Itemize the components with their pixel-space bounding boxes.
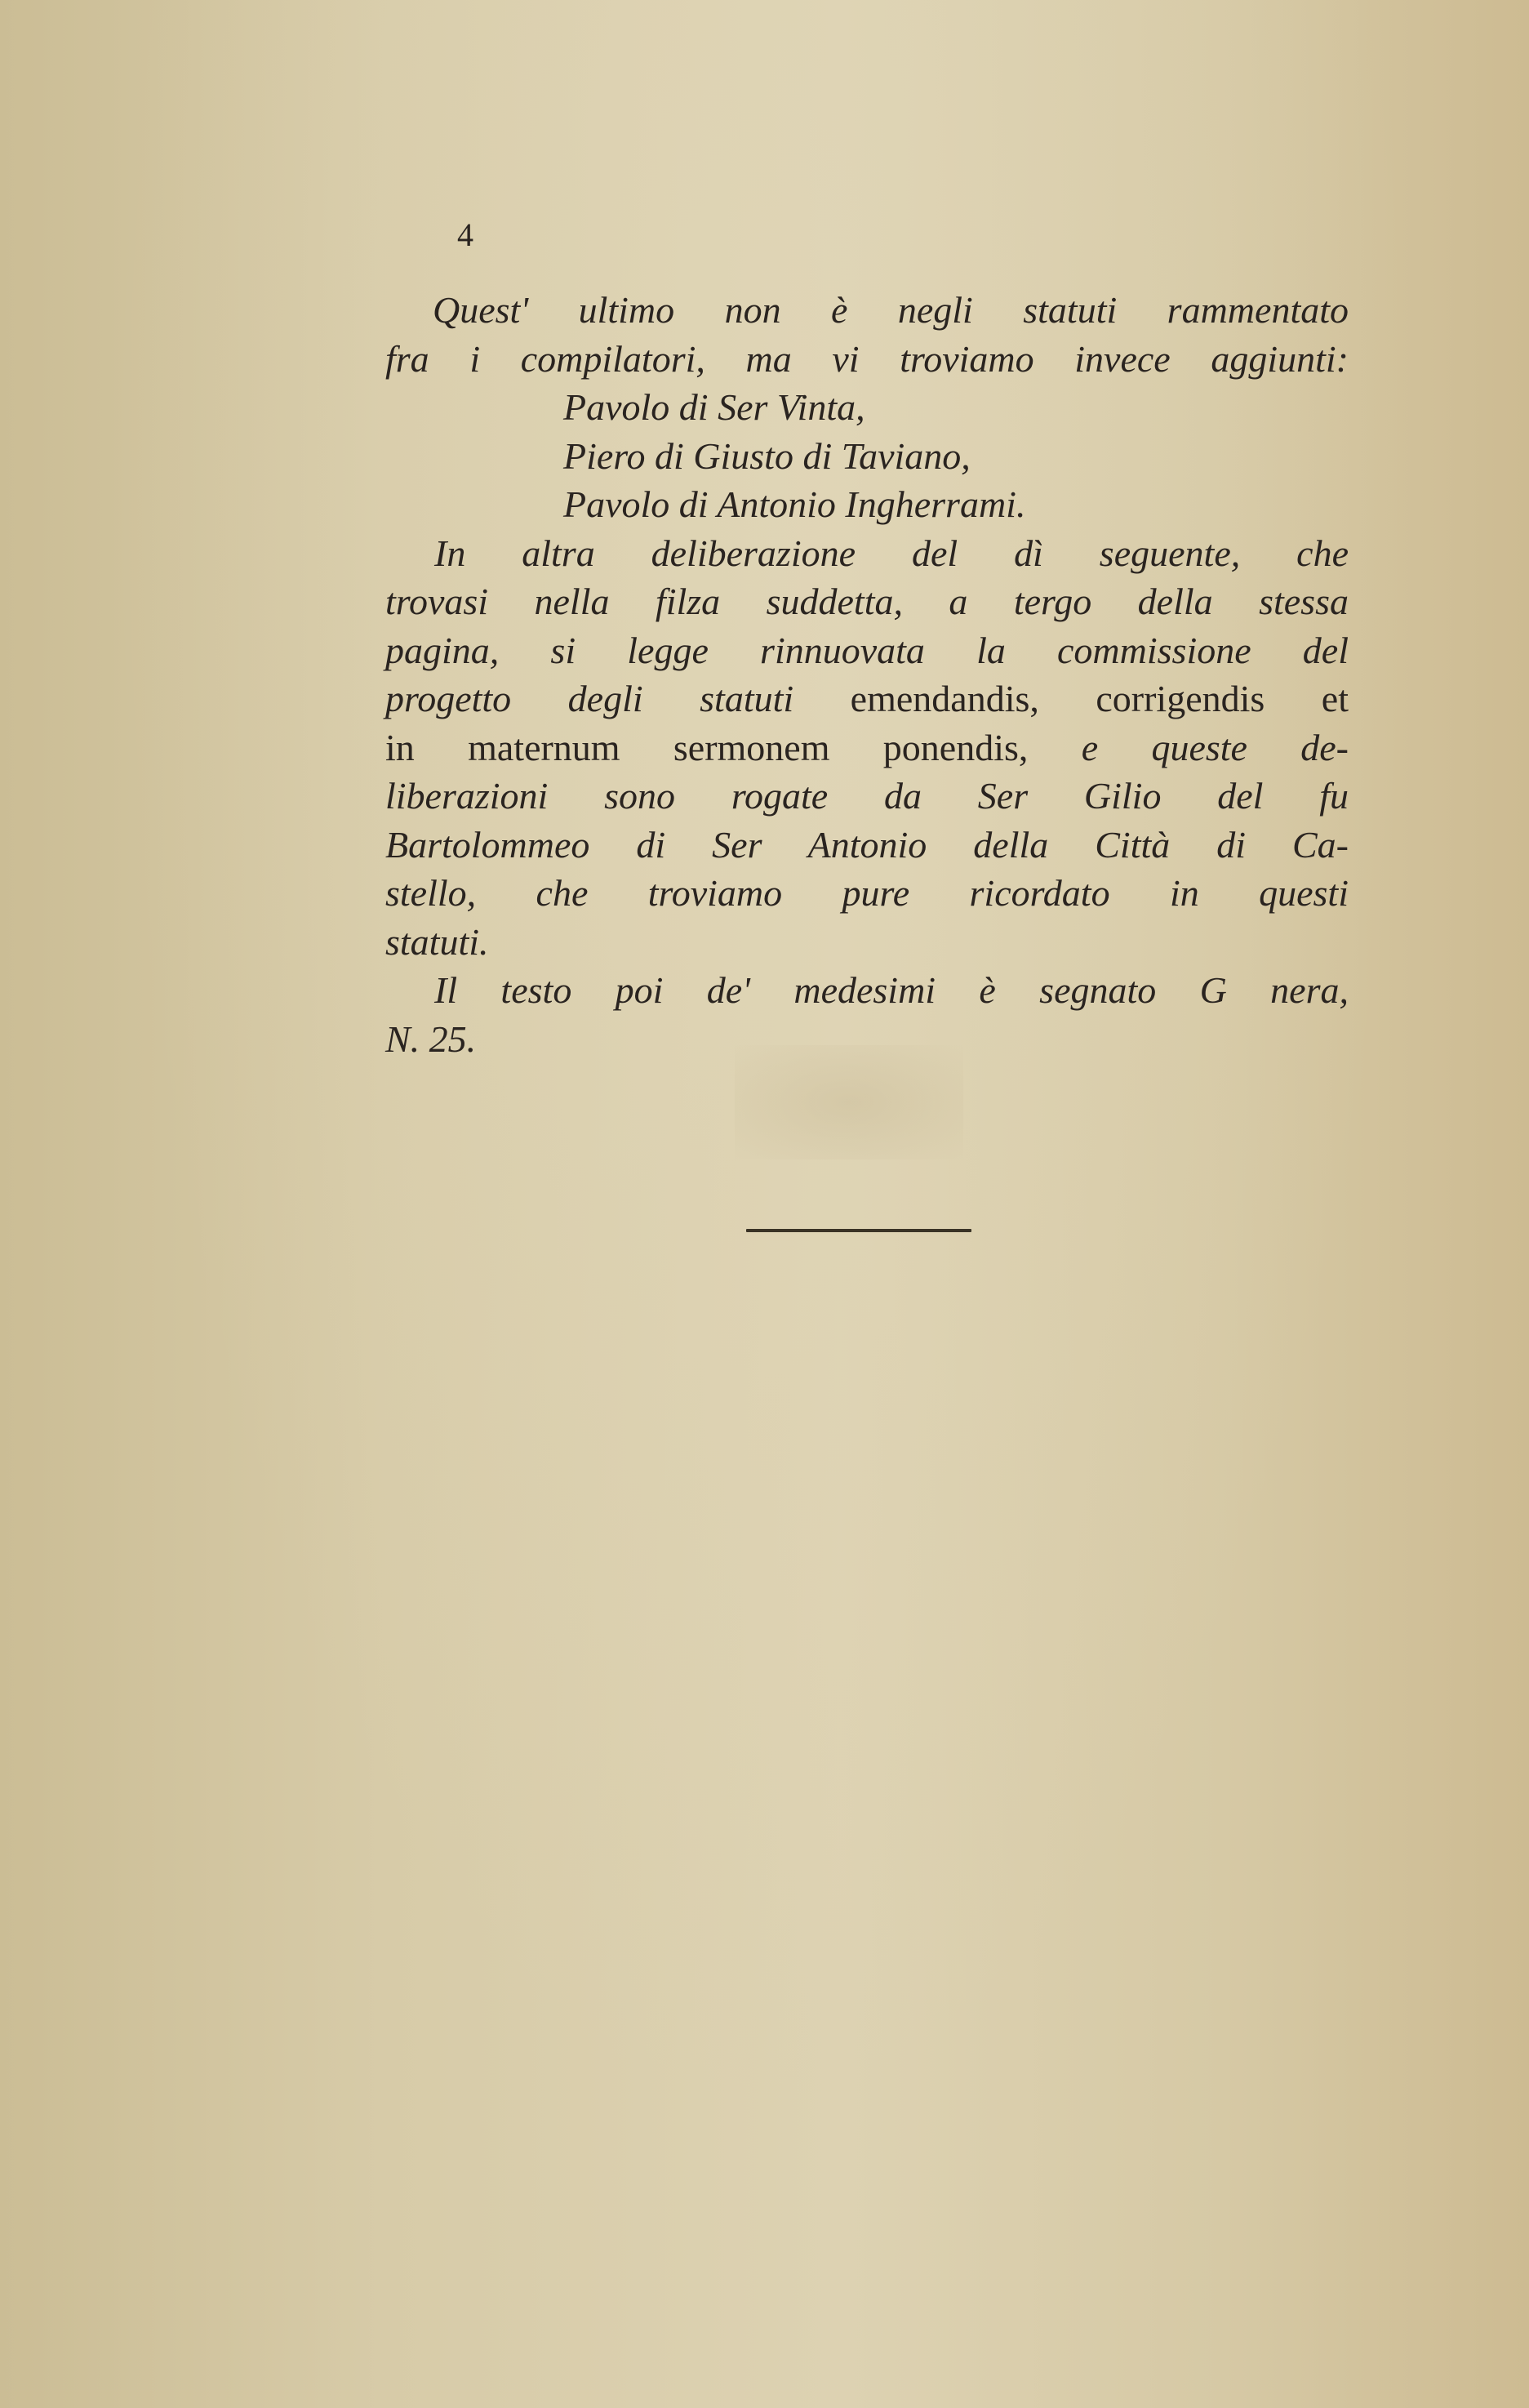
text-line-mixed: in maternum sermonem ponendis, e queste … — [385, 723, 1349, 772]
text-line: stello, che troviamo pure ricordato in q… — [385, 869, 1349, 918]
latin-run: emendandis, corrigendis et — [793, 678, 1349, 719]
text-line: liberazioni sono rogate da Ser Gilio del… — [385, 772, 1349, 821]
text-line: trovasi nella filza suddetta, a tergo de… — [385, 577, 1349, 626]
section-end-rule — [746, 1229, 971, 1232]
compiler-name: Pavolo di Ser Vinta, — [385, 383, 1349, 432]
italic-run: e queste de- — [1082, 727, 1349, 768]
text-line: N. 25. — [385, 1015, 1349, 1064]
text-line: Bartolommeo di Ser Antonio della Città d… — [385, 821, 1349, 870]
text-line: statuti. — [385, 918, 1349, 967]
body-text: Quest' ultimo non è negli statuti rammen… — [385, 286, 1349, 1063]
italic-run: progetto degli statuti — [385, 678, 793, 719]
text-line: Il testo poi de' medesimi è segnato G ne… — [385, 966, 1349, 1015]
compiler-name: Pavolo di Antonio Ingherrami. — [385, 480, 1349, 529]
text-line: In altra deliberazione del dì seguente, … — [385, 529, 1349, 578]
text-line: fra i compilatori, ma vi troviamo invece… — [385, 335, 1349, 384]
page-number: 4 — [457, 219, 473, 251]
text-line: pagina, si legge rinnuovata la commissio… — [385, 626, 1349, 675]
latin-run: in maternum sermonem ponendis, — [385, 727, 1082, 768]
compiler-name: Piero di Giusto di Taviano, — [385, 432, 1349, 481]
text-line-mixed: progetto degli statuti emendandis, corri… — [385, 674, 1349, 723]
text-line: Quest' ultimo non è negli statuti rammen… — [385, 286, 1349, 335]
